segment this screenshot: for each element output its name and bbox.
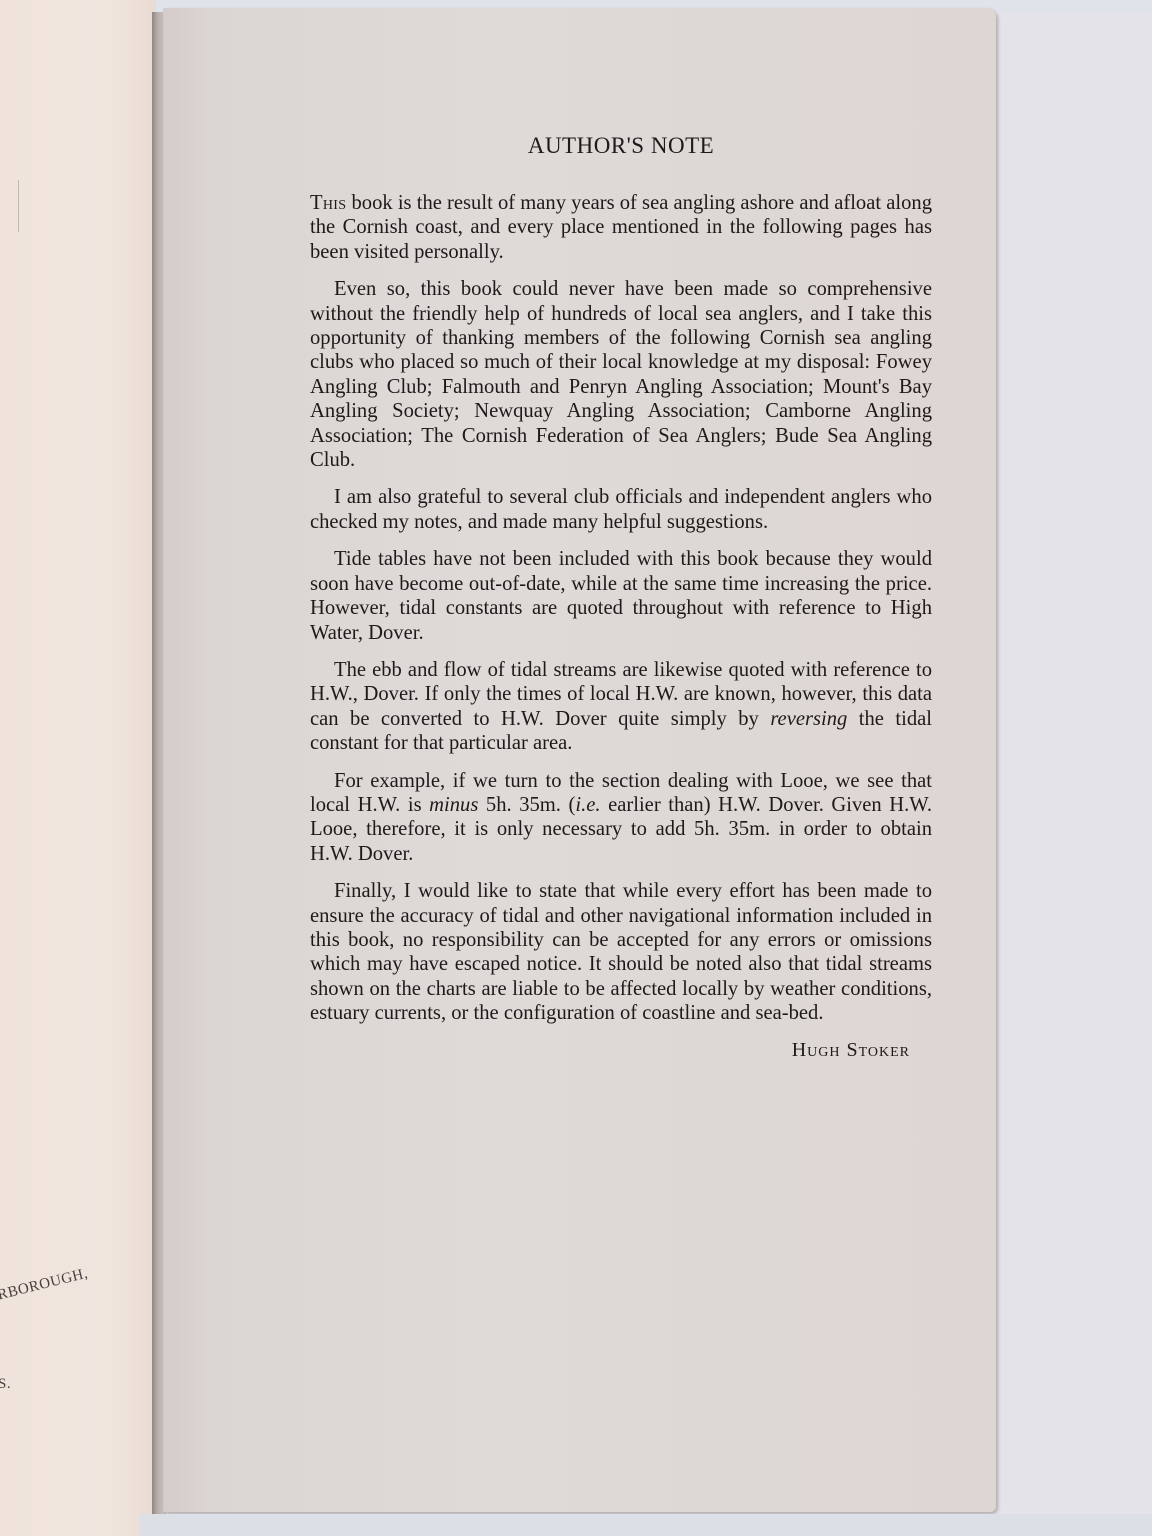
emphasis: minus bbox=[429, 794, 478, 816]
paragraph-text: book is the result of many years of sea … bbox=[310, 192, 932, 263]
paragraph: I am also grateful to several club offic… bbox=[310, 485, 932, 534]
author-signature: Hugh Stoker bbox=[310, 1039, 932, 1062]
left-page-fragment: S. bbox=[0, 1376, 11, 1393]
pencil-mark bbox=[18, 180, 23, 232]
left-page: RBOROUGH, S. bbox=[0, 0, 156, 1536]
paragraph: For example, if we turn to the section d… bbox=[310, 769, 932, 867]
paragraph: Even so, this book could never have been… bbox=[310, 277, 932, 472]
backdrop-bottom bbox=[140, 1514, 1152, 1536]
left-page-fragment: RBOROUGH, bbox=[0, 1266, 90, 1305]
page-title: AUTHOR'S NOTE bbox=[310, 133, 932, 159]
paragraph: The ebb and flow of tidal streams are li… bbox=[310, 658, 932, 756]
lead-word: This bbox=[310, 192, 346, 214]
paragraph: Tide tables have not been included with … bbox=[310, 547, 932, 645]
emphasis: reversing bbox=[770, 708, 847, 730]
paragraph-text: 5h. 35m. ( bbox=[478, 794, 575, 816]
page-content: AUTHOR'S NOTE This book is the result of… bbox=[310, 133, 932, 1062]
paragraph: This book is the result of many years of… bbox=[310, 191, 932, 264]
paragraph: Finally, I would like to state that whil… bbox=[310, 879, 932, 1025]
emphasis: i.e. bbox=[575, 794, 600, 816]
